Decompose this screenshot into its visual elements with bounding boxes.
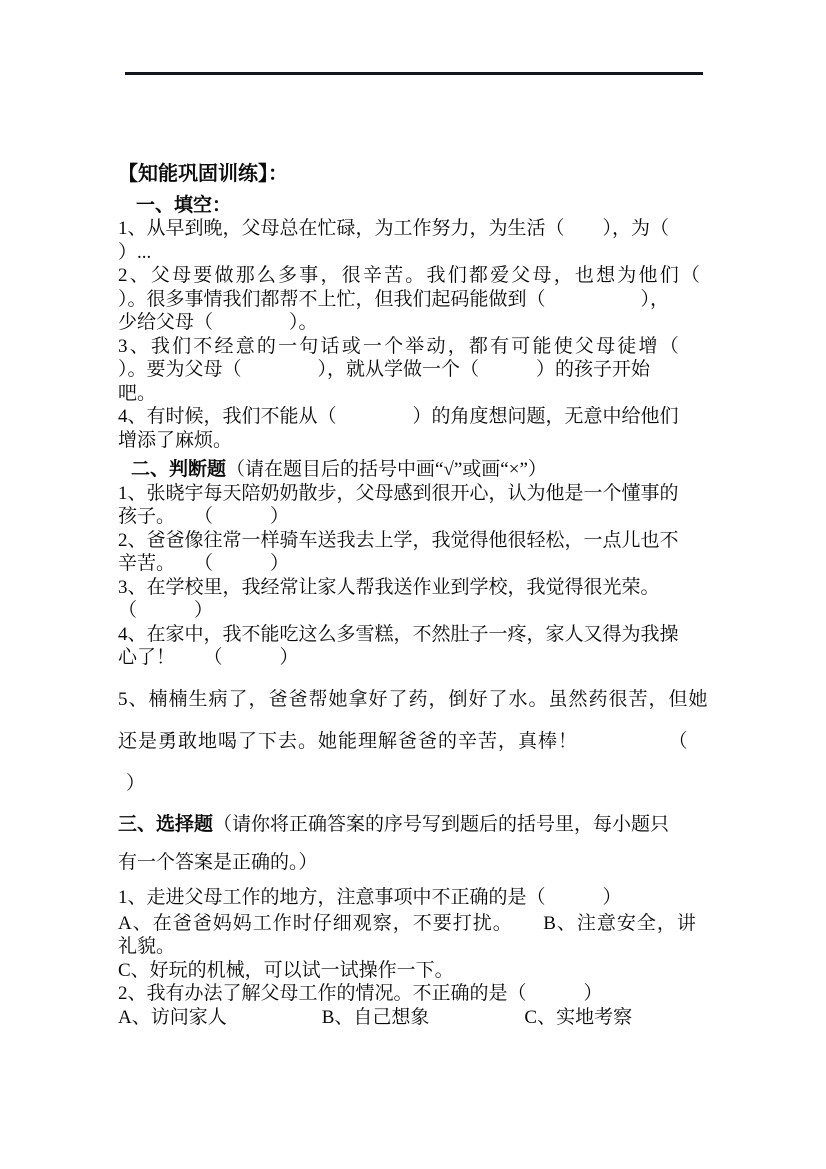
judge-q4-line1: 4、在家中，我不能吃这么多雪糕，不然肚子一疼，家人又得为我操 [118, 623, 724, 647]
fill-q1-line1: 1、从早到晚，父母总在忙碌，为工作努力，为生活（ ），为（ [118, 217, 724, 241]
fill-q2-line3: 少给父母（ ）。 [118, 311, 724, 335]
header-rule [125, 72, 703, 75]
choice-q1-option-c: C、好玩的机械，可以试一试操作一下。 [118, 959, 724, 983]
worksheet-page: 【知能巩固训练】： 一、填空： 1、从早到晚，父母总在忙碌，为工作努力，为生活（… [0, 0, 826, 1169]
page-title: 【知能巩固训练】： [118, 163, 288, 185]
section-judge-heading-note: （请在题目后的括号中画“√”或画“×”） [226, 459, 547, 480]
judge-q2-line1: 2、爸爸像往常一样骑车送我去上学，我觉得他很轻松，一点儿也不 [118, 529, 724, 553]
judge-q3-line2: （ ） [118, 599, 724, 623]
fill-q4-line1: 4、有时候，我们不能从（ ）的角度想问题，无意中给他们 [118, 405, 724, 429]
section-choice-heading-label: 三、选择题 [118, 814, 213, 835]
section-fill-blank-heading: 一、填空： [118, 194, 724, 218]
judge-q5-line3: ） [118, 772, 724, 796]
section-choice-heading: 三、选择题（请你将正确答案的序号写到题后的括号里，每小题只 [118, 813, 724, 837]
choice-q1-options-line2: 礼貌。 [118, 935, 724, 959]
judge-q2-line2: 辛苦。 （ ） [118, 552, 724, 576]
judge-q5-line2: 还是勇敢地喝了下去。她能理解爸爸的辛苦，真棒！ （ [118, 730, 724, 754]
section-judge-heading: 二、判断题（请在题目后的括号中画“√”或画“×”） [118, 458, 724, 482]
judge-q1-line1: 1、张晓宇每天陪奶奶散步，父母感到很开心，认为他是一个懂事的 [118, 482, 724, 506]
choice-q2-line: 2、我有办法了解父母工作的情况。不正确的是（ ） [118, 982, 724, 1006]
judge-q3-line1: 3、在学校里，我经常让家人帮我送作业到学校，我觉得很光荣。 [118, 576, 724, 600]
section-choice-heading-note: （请你将正确答案的序号写到题后的括号里，每小题只 [213, 814, 669, 835]
section-fill-blank-heading-label: 一、填空： [136, 195, 231, 216]
choice-q1-line: 1、走进父母工作的地方，注意事项中不正确的是（ ） [118, 886, 724, 910]
fill-q2-line1: 2、父母要做那么多事，很辛苦。我们都爱父母，也想为他们（ [118, 264, 724, 288]
worksheet-body: 【知能巩固训练】： 一、填空： 1、从早到晚，父母总在忙碌，为工作努力，为生活（… [118, 163, 724, 1029]
fill-q2-line2: ）。很多事情我们都帮不上忙，但我们起码能做到（ ）， [118, 288, 724, 312]
fill-q3-line3: 吧。 [118, 382, 724, 406]
choice-q1-options-line1: A、在爸爸妈妈工作时仔细观察，不要打扰。 B、注意安全，讲 [118, 912, 724, 936]
section-judge-heading-label: 二、判断题 [131, 459, 226, 480]
fill-q4-line2: 增添了麻烦。 [118, 429, 724, 453]
judge-q1-line2: 孩子。 （ ） [118, 505, 724, 529]
judge-q5-line1: 5、楠楠生病了，爸爸帮她拿好了药，倒好了水。虽然药很苦，但她 [118, 688, 724, 712]
fill-q1-line2: ）... [118, 241, 724, 265]
section-choice-heading-note-cont: 有一个答案是正确的。） [118, 851, 724, 875]
judge-q4-line2: 心了！ （ ） [118, 646, 724, 670]
fill-q3-line1: 3、我们不经意的一句话或一个举动，都有可能使父母徒增（ [118, 335, 724, 359]
page-title-line: 【知能巩固训练】： [118, 163, 724, 187]
choice-q2-options: A、访问家人 B、自己想象 C、实地考察 [118, 1006, 724, 1030]
fill-q3-line2: ）。要为父母（ ），就从学做一个（ ）的孩子开始 [118, 358, 724, 382]
